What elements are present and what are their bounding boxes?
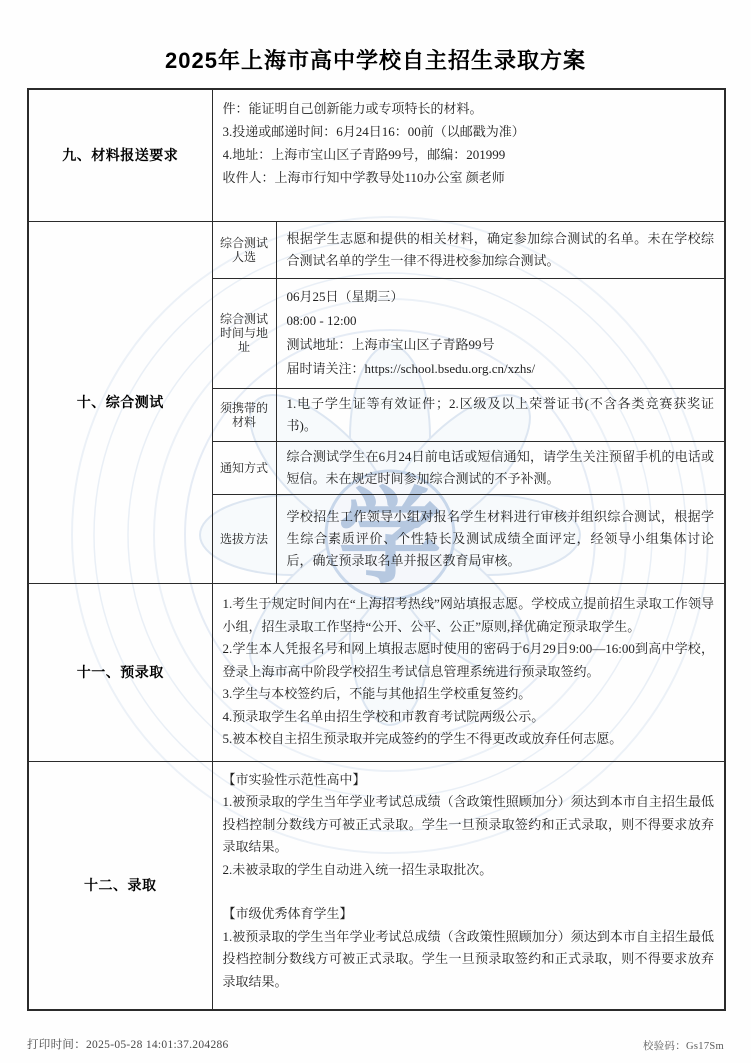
section-label-10: 十、综合测试 (28, 221, 212, 583)
text-line: 3.投递或邮递时间：6月24日16：00前（以邮戳为准） (223, 120, 715, 143)
list-item: 4.预录取学生名单由招生学校和市教育考试院两级公示。 (223, 706, 715, 729)
block-heading: 【市级优秀体育学生】 (223, 903, 715, 926)
table-row-admission: 十二、录取 【市实验性示范性高中】 1.被预录取的学生当年学业考试总成绩（含政策… (28, 761, 725, 1010)
list-item: 2.学生本人凭报名号和网上填报志愿时使用的密码于6月29日9:00—16:00到… (223, 638, 715, 683)
admission-block-sports: 【市级优秀体育学生】 1.被预录取的学生当年学业考试总成绩（含政策性照顾加分）须… (223, 903, 715, 993)
text-line: 件：能证明自己创新能力或专项特长的材料。 (223, 97, 715, 120)
list-item: 1.被预录取的学生当年学业考试总成绩（含政策性照顾加分）须达到本市自主招生最低投… (223, 791, 715, 859)
text-line: 08:00 - 12:00 (287, 309, 715, 333)
block-heading: 【市实验性示范性高中】 (223, 769, 715, 792)
section-content-12: 【市实验性示范性高中】 1.被预录取的学生当年学业考试总成绩（含政策性照顾加分）… (212, 761, 725, 1010)
text-line: 测试地址：上海市宝山区子青路99号 (287, 333, 715, 357)
subrow-header-selection: 选拔方法 (212, 494, 276, 583)
subrow-content-candidates: 根据学生志愿和提供的相关材料，确定参加综合测试的名单。未在学校综合测试名单的学生… (276, 221, 725, 278)
subrow-content-selection: 学校招生工作领导小组对报名学生材料进行审核并组织综合测试，根据学生综合素质评价、… (276, 494, 725, 583)
list-item: 1.被预录取的学生当年学业考试总成绩（含政策性照顾加分）须达到本市自主招生最低投… (223, 926, 715, 994)
subrow-content-notification: 综合测试学生在6月24日前电话或短信通知，请学生关注预留手机的电话或短信。未在规… (276, 441, 725, 494)
list-item: 2.未被录取的学生自动进入统一招生录取批次。 (223, 859, 715, 882)
footer-check-code: 校验码：Gs17Sm (643, 1038, 724, 1053)
admission-plan-table: 九、材料报送要求 件：能证明自己创新能力或专项特长的材料。 3.投递或邮递时间：… (27, 88, 726, 1011)
subrow-header-materials: 须携带的材料 (212, 388, 276, 441)
section-content-9: 件：能证明自己创新能力或专项特长的材料。 3.投递或邮递时间：6月24日16：0… (212, 89, 725, 221)
page-title: 2025年上海市高中学校自主招生录取方案 (0, 44, 751, 75)
section-label-11: 十一、预录取 (28, 583, 212, 761)
text-line: 届时请关注：https://school.bsedu.org.cn/xzhs/ (287, 357, 715, 381)
admission-block-experimental: 【市实验性示范性高中】 1.被预录取的学生当年学业考试总成绩（含政策性照顾加分）… (223, 769, 715, 882)
text-line: 收件人：上海市行知中学教导处110办公室 颜老师 (223, 166, 715, 189)
subrow-header-time-place: 综合测试时间与地址 (212, 278, 276, 388)
table-row-pre-admission: 十一、预录取 1.考生于规定时间内在“上海招考热线”网站填报志愿。学校成立提前招… (28, 583, 725, 761)
subrow-header-notification: 通知方式 (212, 441, 276, 494)
subrow-content-materials: 1.电子学生证等有效证件；2.区级及以上荣誉证书(不含各类竞赛获奖证书)。 (276, 388, 725, 441)
list-item: 1.考生于规定时间内在“上海招考热线”网站填报志愿。学校成立提前招生录取工作领导… (223, 593, 715, 638)
document-page: 学 2025年上海市高中学校自主招生录取方案 九、材料报送要求 件：能证明自己创… (0, 0, 751, 1063)
section-label-9: 九、材料报送要求 (28, 89, 212, 221)
table-row-test-candidates: 十、综合测试 综合测试人选 根据学生志愿和提供的相关材料，确定参加综合测试的名单… (28, 221, 725, 278)
text-line: 06月25日（星期三） (287, 285, 715, 309)
text-line: 4.地址：上海市宝山区子青路99号，邮编：201999 (223, 143, 715, 166)
subrow-content-time-place: 06月25日（星期三） 08:00 - 12:00 测试地址：上海市宝山区子青路… (276, 278, 725, 388)
section-content-11: 1.考生于规定时间内在“上海招考热线”网站填报志愿。学校成立提前招生录取工作领导… (212, 583, 725, 761)
footer-print-time: 打印时间：2025-05-28 14:01:37.204286 (27, 1036, 229, 1052)
table-row-material-submission: 九、材料报送要求 件：能证明自己创新能力或专项特长的材料。 3.投递或邮递时间：… (28, 89, 725, 221)
list-item: 3.学生与本校签约后，不能与其他招生学校重复签约。 (223, 683, 715, 706)
list-item: 5.被本校自主招生预录取并完成签约的学生不得更改或放弃任何志愿。 (223, 728, 715, 751)
section-label-12: 十二、录取 (28, 761, 212, 1010)
subrow-header-candidates: 综合测试人选 (212, 221, 276, 278)
